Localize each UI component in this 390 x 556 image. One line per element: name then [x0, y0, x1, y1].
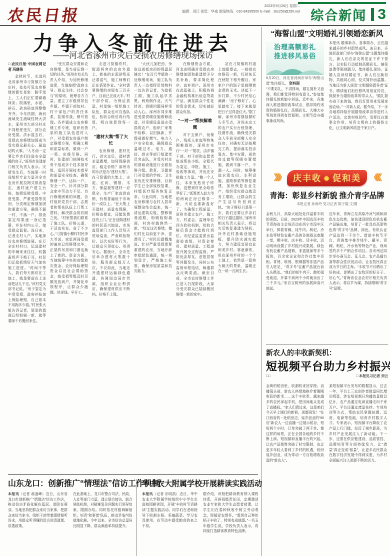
wedding-headline: “海誓山盟”文明婚礼引领婚恋新风 [266, 28, 388, 39]
body-text: “大伙儿加把劲，争取这周把房顶的保温层铺完！”在百尺竿镇的一处修缮现场，施工队负… [134, 62, 172, 275]
main-column-1: □ 农民日报·中国农网记者 冯建伟 金秋时节，走进河北省涿州市刁窝镇万全庄村，处… [8, 62, 46, 471]
body-text: 金秋九月，高原大地处处洋溢着丰收的喜悦。日前，2023年中国农民丰收节青海省主会… [266, 212, 324, 292]
main-byline: □ 农民日报·中国农网记者 冯建伟 [8, 62, 46, 73]
harvest-festival-banner: 》》》 庆丰收✹促和美 《《《 [266, 168, 388, 187]
main-column-2: “受灾群众安置和农房修缮，是当前压倒一切的任务。”涿州市有关负责人介绍，为加快修… [50, 62, 88, 471]
body-text: 近年来，青海立足高原冷凉气候和绿色生态优势，加快建设绿色有机农畜产品输出地，培育… [329, 212, 387, 292]
main-column-3: 走进刁窝镇佟村，街道两旁的农房外墙上，新抹的水泥砂浆还泛着湿气，施工师傅们正在搭… [92, 62, 130, 471]
main-column-4: “大伙儿加把劲，争取这周把房顶的保温层铺完！”在百尺竿镇的一处修缮现场，施工队负… [134, 62, 172, 471]
body-text: 站在刁窝镇的村道上放眼望去，一排排农房修葺一新，红砖灰瓦在秋阳下格外醒目，家家户… [218, 62, 256, 275]
poster-slogan-line1: 治理高额彩礼 [266, 44, 324, 53]
dateline: 本报讯 [8, 493, 19, 497]
longkou-column-2: 在此基础上，龙口市整合司法、民政、人社等部门力量，建立联合接访、联合调处机制，对… [73, 492, 133, 548]
main-column-5: 在修缮资金方面，河北省明确对受损农房修缮加固和重建给予分类补助，要求简化程序、直… [176, 62, 214, 471]
body-text: 金秋时节，走进河北省涿州市刁窝镇万全庄村，处处可见农房修缮的繁忙景象：脚手架上，… [8, 75, 46, 325]
wedding-right-column: 本报讯 婚事新办、喜事简办，正在越来越多的乡村蔚然成风。连日来，多地民政部门举办… [329, 41, 388, 166]
body-text: “不要彩礼、不讲排场，婚礼简朴又浪漫，我们都觉得特别有意义。”参加集体婚礼的新娘… [266, 87, 324, 124]
video-section-rule [266, 344, 388, 345]
section-label: 综合新闻 [311, 5, 367, 24]
right-column: “海誓山盟”文明婚礼引领婚恋新风 治理高额彩礼 推进移风易俗 5月20日，河北省… [266, 27, 388, 556]
body-text: 本报讯 婚事新办、喜事简办，正在越来越多的乡村蔚然成风。连日来，多地民政部门举办… [329, 41, 388, 131]
body-text: 在此基础上，龙口市整合司法、民政、人社等部门力量，建立联合接访、联合调处机制，对… [73, 492, 133, 529]
masthead-logo: 农民日报 [6, 3, 81, 26]
hznd-column-1: 本报讯（记者 乐明凯）近日，华中农业大学附属学校组织中小学生走进校园耕读园，开展… [142, 492, 198, 548]
wedding-poster-image: 治理高额彩礼 推进移风易俗 [266, 41, 324, 75]
body-text: （记者 郝凌峰）近日，山东省龙口市创新推广“情理法”信访工作法，推动信访矛盾化解… [8, 493, 68, 528]
section-divider-bar [371, 8, 374, 21]
body-text: 在修缮资金方面，河北省明确对受损农房修缮加固和重建给予分类补助，要求简化程序、直… [176, 62, 214, 115]
body-text: 金黄的稻田里，收割机来回穿梭；直播镜头前，新农人热情地推介着刚刚收获的新米……这… [266, 384, 324, 464]
video-column-2: 某短视频平台发布的数据显示，过去一年，平台上三农创作者数量同比增长明显，涉农短视… [329, 384, 387, 556]
page-number: 3 [378, 6, 386, 23]
body-text: 农房修缮，建材先行。洪灾过后，建材需求量骤增，如何保障供应、稳定价格？涿州市的办… [92, 149, 130, 298]
byline-marks: □□ [266, 374, 270, 379]
video-column-1: 金黄的稻田里，收割机来回穿梭；直播镜头前，新农人热情地推介着刚刚收获的新米……这… [266, 384, 324, 556]
video-headline: 短视频平台助力乡村振兴 [266, 358, 388, 374]
body-text: 某短视频平台发布的数据显示，过去一年，平台上三农创作者数量同比增长明显，涉农短视… [329, 384, 387, 464]
vertical-divider-bottom [136, 479, 137, 556]
wedding-story: 治理高额彩礼 推进移风易俗 5月20日，河北省河间市举办“海誓山盟”集体婚礼。 … [266, 41, 388, 166]
hznd-column-2: 据介绍，该校把耕读教育纳入课程体系，开辟班级责任田，定期邀请农业专家和大学生志愿… [203, 492, 259, 548]
body-text: 据介绍，该校把耕读教育纳入课程体系，开辟班级责任田，定期邀请农业专家和大学生志愿… [203, 492, 259, 535]
qinghai-headline: 青海：彰显乡村新貌 推介青字品牌 [266, 190, 388, 201]
body-text: “受灾群众安置和农房修缮，是当前压倒一切的任务。”涿州市有关负责人介绍，为加快修… [50, 62, 88, 296]
body-text: 对于五保户、低保户、残疾人家庭等特殊困难群体，涿州市实行“一对一”帮扶，由乡镇干… [176, 133, 214, 298]
qinghai-column-1: 金秋九月，高原大地处处洋溢着丰收的喜悦。日前，2023年中国农民丰收节青海省主会… [266, 212, 324, 341]
body-text: （记者 乐明凯）近日，华中农业大学附属学校组织中小学生走进校园耕读园，开展“丰收… [142, 493, 198, 528]
photo-caption: 5月20日，河北省河间市举办“海誓山盟”集体婚礼。 资料图 [266, 76, 324, 86]
wedding-left-text: “不要彩礼、不讲排场，婚礼简朴又浪漫，我们都觉得特别有意义。”参加集体婚礼的新娘… [266, 87, 324, 166]
qinghai-byline: 本报记者 孙海玲 见习记者 陈子璇 文/图 [266, 202, 388, 210]
hznd-headline: 华中农大附属学校开展耕读实践活动 [142, 478, 258, 489]
banner-ribbon: 庆丰收✹促和美 [287, 170, 367, 186]
main-column-6: 站在刁窝镇的村道上放眼望去，一排排农房修葺一新，红砖灰瓦在秋阳下格外醒目，家家户… [218, 62, 256, 471]
video-kicker: 新农人的丰收新契机： [266, 348, 388, 358]
body-text: 走进刁窝镇佟村，街道两旁的农房外墙上，新抹的水泥砂浆还泛着湿气，施工师傅们正在搭… [92, 62, 130, 131]
main-story-columns: □ 农民日报·中国农网记者 冯建伟 金秋时节，走进河北省涿州市刁窝镇万全庄村，处… [8, 62, 258, 471]
dateline: 本报讯 [142, 493, 153, 497]
hznd-story: 华中农大附属学校开展耕读实践活动 本报讯（记者 乐明凯）近日，华中农业大学附属学… [142, 478, 258, 548]
qinghai-column-2: 近年来，青海立足高原冷凉气候和绿色生态优势，加快建设绿色有机农畜产品输出地，培育… [329, 212, 387, 341]
video-byline: □ 本报见习记者 刘云 [356, 374, 388, 379]
page-header: 农民日报 2023年9月26日 星期二 编辑：刘江 视觉：华南 新闻热线：010… [0, 0, 390, 26]
caption-credit: 资料图 [289, 82, 300, 86]
section-rule [298, 2, 386, 4]
video-byline-row: □□ □ 本报见习记者 刘云 [266, 374, 388, 382]
section-header: 综合新闻 3 [311, 5, 386, 24]
longkou-story: 山东龙口：创新推广“情理法”信访工作机制 本报讯（记者 郝凌峰）近日，山东省龙口… [8, 478, 132, 548]
video-columns: 金黄的稻田里，收割机来回穿梭；直播镜头前，新农人热情地推介着刚刚收获的新米……这… [266, 384, 388, 556]
banner-right-chevrons: 《《《 [370, 172, 380, 183]
vertical-divider-main [261, 27, 262, 556]
main-subheadline: ——河北省涿州市灾后受损农房修缮现场探访 [8, 50, 258, 61]
banner-text-2: 促和美 [332, 173, 361, 183]
wedding-left-column: 治理高额彩礼 推进移风易俗 5月20日，河北省河间市举办“海誓山盟”集体婚礼。 … [266, 41, 324, 166]
horizontal-divider [8, 474, 258, 475]
banner-text-1: 庆丰收 [293, 173, 322, 183]
banner-star-icon: ✹ [324, 176, 331, 183]
poster-slogan-line2: 推进移风易俗 [266, 53, 324, 62]
header-info: 2023年9月26日 星期二 编辑：刘江 视觉：华南 新闻热线：010-8439… [120, 4, 300, 24]
longkou-column-1: 本报讯（记者 郝凌峰）近日，山东省龙口市创新推广“情理法”信访工作法，推动信访矛… [8, 492, 68, 548]
banner-left-chevrons: 》》》 [274, 172, 284, 183]
crosshead-building-materials: “建材大集”帮了大忙 [92, 134, 130, 147]
qinghai-columns: 金秋九月，高原大地处处洋溢着丰收的喜悦。日前，2023年中国农民丰收节青海省主会… [266, 212, 388, 341]
longkou-headline: 山东龙口：创新推广“情理法”信访工作机制 [8, 478, 132, 489]
header-contact: 编辑：刘江 视觉：华南 新闻热线：010-84395500 E-mail：zbs… [120, 9, 300, 14]
crosshead-pairing-help: “一对一”帮扶解难题 [176, 118, 214, 131]
hills-graphic [266, 63, 324, 75]
newspaper-page: 农民日报 2023年9月26日 星期二 编辑：刘江 视觉：华南 新闻热线：010… [0, 0, 390, 556]
